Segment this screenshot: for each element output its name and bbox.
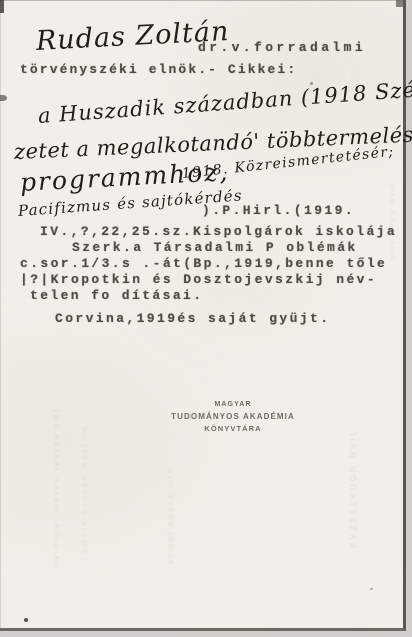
handwritten-note-line1: a Huszadik században (1918 Széljegy xyxy=(37,74,412,128)
paper-speck-2 xyxy=(310,82,313,85)
stamp-line1: MAGYAR xyxy=(148,401,318,408)
paper-speck-3 xyxy=(370,588,373,590)
edge-mark-left xyxy=(0,95,7,101)
typed-body-line5: telen fo dításai. xyxy=(30,288,203,303)
typed-body-line4: |?|Kropotkin és Dosztojevszkij név- xyxy=(20,272,377,287)
bleedthrough-text-3: vnmel snvze mln xyxy=(166,414,175,564)
catalog-card: Rudas Zoltán dr.v.forradalmi törvényszék… xyxy=(0,0,406,631)
bleedthrough-text-5: mnv elzs nvm xyxy=(388,70,397,260)
typed-body-line0: ).P.Hirl.(1919. xyxy=(202,203,355,218)
typed-body-line3: c.sor.1/3.s .-át(Bp.,1919,benne tőle xyxy=(20,256,387,271)
typed-body-line2: Szerk.a Társadalmi P oblémák xyxy=(72,240,358,255)
scanned-page-background: Rudas Zoltán dr.v.forradalmi törvényszék… xyxy=(0,0,412,637)
bleedthrough-text-2: emnle vnuzsm nvel ım xyxy=(80,338,89,553)
corner-mark-top-right xyxy=(396,0,403,7)
typed-title-line2: törvényszéki elnök.- Cikkei: xyxy=(20,62,297,77)
corner-mark-top-left xyxy=(0,0,4,13)
bleedthrough-text-4: KVZSELVDOR NVIL xyxy=(348,398,358,548)
typed-source-line: Corvina,1919és saját gyüjt. xyxy=(55,311,330,326)
paper-speck-1 xyxy=(24,618,28,622)
bleedthrough-text-1: nvımerel mnsvn ıebzsv nml xyxy=(52,332,61,567)
typed-body-line1: IV.,?,22,25.sz.Kispolgárok iskolája xyxy=(40,224,397,239)
typed-title-line1: dr.v.forradalmi xyxy=(198,40,366,55)
